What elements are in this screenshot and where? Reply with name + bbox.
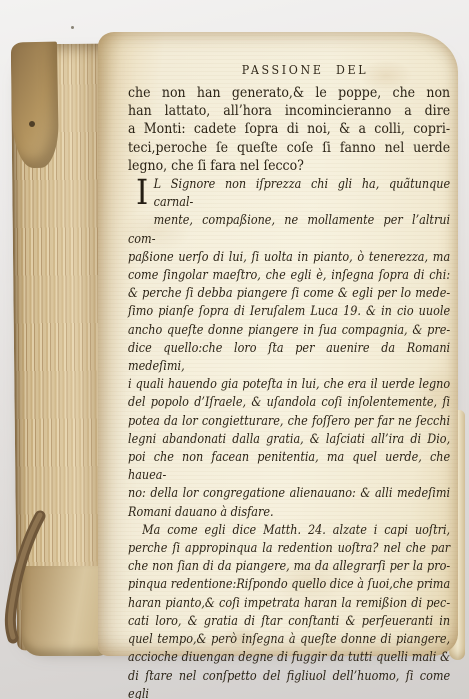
paragraph-italic-macome: Ma come egli dice Matth. 24. alzate i ca… xyxy=(128,521,450,699)
text-line: legno, che ſi fara nel ſecco? xyxy=(128,157,450,175)
text-line: no: della lor congregatione alienauano: … xyxy=(128,484,450,502)
text-line: quel tempo,& però inſegna à queſte donne… xyxy=(128,630,450,648)
page-text-block: PASSIONE DEL che non han generato,& le p… xyxy=(128,62,450,699)
running-head: PASSIONE DEL xyxy=(128,62,450,77)
text-line: cati loro, & gratia di ſtar conſtanti & … xyxy=(128,612,450,630)
text-line: dice quello:che loro ſta per auenire da … xyxy=(128,339,450,375)
text-line: mente, compaßione, ne mollamente per l’a… xyxy=(128,211,450,247)
text-line: accioche diuengan degne di fuggir da tut… xyxy=(128,648,450,666)
binding-tie xyxy=(0,502,54,652)
text-line: di ſtare nel conſpetto del figliuol dell… xyxy=(128,667,450,699)
text-line: potea da lor congietturare, che foſſero … xyxy=(128,412,450,430)
text-line: che non ſian di da piangere, ma da alleg… xyxy=(128,557,450,575)
text-line: del popolo d’Iſraele, & uſandola coſi in… xyxy=(128,393,450,411)
text-line: come ſingolar maeſtro, che egli è, inſeg… xyxy=(128,266,450,284)
text-line: perche ſi appropinqua la redention uoſtr… xyxy=(128,539,450,557)
text-line: & perche ſi debba piangere ſi come & egl… xyxy=(128,284,450,302)
text-line: teci,peroche ſe queſte coſe ſi fanno nel… xyxy=(128,139,450,157)
text-line: che non han generato,& le poppe, che non xyxy=(128,84,450,102)
text-line: Romani dauano à disfare. xyxy=(128,503,450,521)
text-line: ancho queſte donne piangere in ſua compa… xyxy=(128,321,450,339)
paragraph-roman: che non han generato,& le poppe, che non… xyxy=(128,84,450,175)
text-line: a Monti: cadete ſopra di noi, & a colli,… xyxy=(128,120,450,138)
text-line: haran pianto,& coſi impetrata haran la r… xyxy=(128,594,450,612)
text-line: poi che non facean penitentia, ma quel u… xyxy=(128,448,450,484)
text-line: L Signore non iſprezza chi gli ha, quãtu… xyxy=(128,175,450,211)
text-line: pinqua redentione:Riſpondo quello dice à… xyxy=(128,575,450,593)
wormhole-spot xyxy=(29,121,35,127)
text-line: legni abandonati dalla gratia, & laſciat… xyxy=(128,430,450,448)
drop-cap-initial: I xyxy=(136,177,149,212)
text-line: han lattato, all’hora incomincieranno a … xyxy=(128,102,450,120)
dust-fleck xyxy=(71,26,74,29)
photo-backdrop: PASSIONE DEL che non han generato,& le p… xyxy=(0,0,469,699)
text-line: i quali hauendo gia poteſta in lui, che … xyxy=(128,375,450,393)
text-line: ſimo pianſe ſopra di Ieruſalem Luca 19. … xyxy=(128,302,450,320)
text-line: paßione uerſo di lui, ſi uolta in pianto… xyxy=(128,248,450,266)
spine-head-corner xyxy=(11,42,59,169)
text-line: Ma come egli dice Matth. 24. alzate i ca… xyxy=(128,521,450,539)
paragraph-italic-signore: I L Signore non iſprezza chi gli ha, quã… xyxy=(128,175,450,521)
